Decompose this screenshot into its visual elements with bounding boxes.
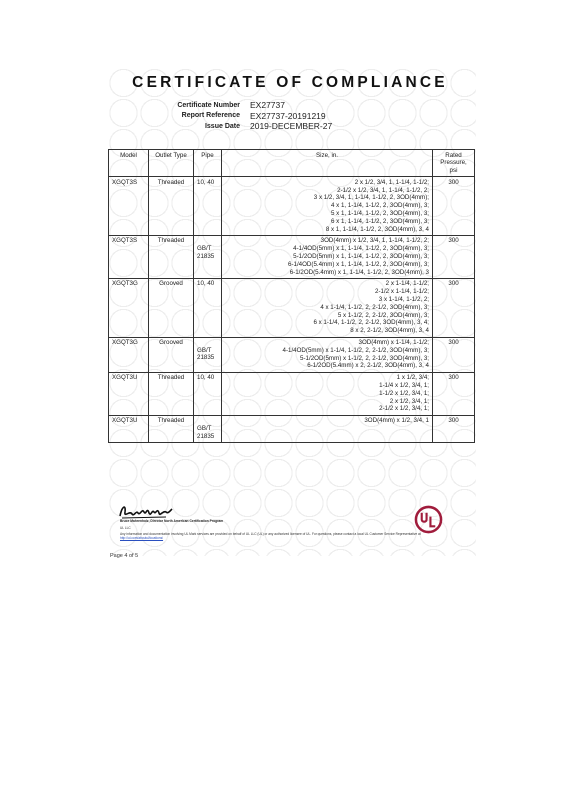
meta-row-certificate-number: Certificate Number EX27737 xyxy=(150,100,450,111)
cell-pipe: 10, 40 xyxy=(194,278,222,337)
size-entry: 5 x 1-1/2, 2, 2-1/2, 3OD(4mm), 3; xyxy=(225,312,429,320)
cell-outlet-type: Grooved xyxy=(149,337,194,372)
meta-label: Issue Date xyxy=(150,123,250,130)
meta-label: Certificate Number xyxy=(150,102,250,109)
table-row: XGQT3UThreadedGB/T218353OD(4mm) x 1/2, 3… xyxy=(109,415,475,442)
size-entry: 8 x 1, 1-1/4, 1-1/2, 2, 3OD(4mm), 3, 4 xyxy=(225,226,429,234)
disclaimer-text: Any information and documentation involv… xyxy=(120,532,440,540)
cell-model: XGQT3U xyxy=(109,372,149,415)
cell-pipe: GB/T21835 xyxy=(194,337,222,372)
cell-model: XGQT3G xyxy=(109,337,149,372)
header-rated-pressure: Rated Pressure, psi xyxy=(433,150,475,177)
header-pipe: Pipe xyxy=(194,150,222,177)
cell-model: XGQT3U xyxy=(109,415,149,442)
table-header-row: Model Outlet Type Pipe Size, in. Rated P… xyxy=(109,150,475,177)
certificate-page: CERTIFICATE OF COMPLIANCE Certificate Nu… xyxy=(0,0,580,800)
page-number: Page 4 of 5 xyxy=(110,553,138,559)
meta-value: EX27737 xyxy=(250,100,285,110)
size-entry: 4 x 1, 1-1/4, 1-1/2, 2, 3OD(4mm), 3; xyxy=(225,202,429,210)
size-entry: 6-1/4OD(5.4mm) x 1, 1-1/4, 1-1/2, 2, 3OD… xyxy=(225,261,429,269)
header-model: Model xyxy=(109,150,149,177)
meta-value: 2019-DECEMBER-27 xyxy=(250,121,332,131)
size-entry: 3 x 1-1/4, 1-1/2, 2; xyxy=(225,296,429,304)
size-entry: 4 x 1-1/4, 1-1/2, 2, 2-1/2, 3OD(4mm), 3; xyxy=(225,304,429,312)
size-entry: 1-1/2 x 1/2, 3/4, 1; xyxy=(225,390,429,398)
size-entry: 2-1/2 x 1/2, 3/4, 1, 1-1/4, 1-1/2, 2; xyxy=(225,187,429,195)
table-row: XGQT3SThreaded10, 402 x 1/2, 3/4, 1, 1-1… xyxy=(109,177,475,236)
table-row: XGQT3GGrooved10, 402 x 1-1/4, 1-1/2;2-1/… xyxy=(109,278,475,337)
cell-size: 3OD(4mm) x 1-1/4, 1-1/2;4-1/4OD(5mm) x 1… xyxy=(222,337,433,372)
size-entry: 5-1/2OD(5mm) x 1-1/2, 2, 2-1/2, 3OD(4mm)… xyxy=(225,355,429,363)
cell-size: 3OD(4mm) x 1/2, 3/4, 1 xyxy=(222,415,433,442)
size-entry: 1 x 1/2, 3/4; xyxy=(225,374,429,382)
signer-name: Bruce Mahrenholz, Director North America… xyxy=(120,519,223,523)
cell-rated-pressure: 300 xyxy=(433,177,475,236)
header-outlet-type: Outlet Type xyxy=(149,150,194,177)
table-body: XGQT3SThreaded10, 402 x 1/2, 3/4, 1, 1-1… xyxy=(109,177,475,442)
size-entry: 6-1/2OD(5.4mm) x 1, 1-1/4, 1-1/2, 2, 3OD… xyxy=(225,269,429,277)
cell-outlet-type: Threaded xyxy=(149,235,194,278)
size-entry: 6-1/2OD(5.4mm) x 2, 2-1/2, 3OD(4mm), 3, … xyxy=(225,362,429,370)
cell-rated-pressure: 300 xyxy=(433,372,475,415)
certificate-meta: Certificate Number EX27737 Report Refere… xyxy=(150,100,450,132)
cell-size: 3OD(4mm) x 1/2, 3/4, 1, 1-1/4, 1-1/2, 2;… xyxy=(222,235,433,278)
cell-outlet-type: Threaded xyxy=(149,177,194,236)
size-entry: 2-1/2 x 1-1/4, 1-1/2; xyxy=(225,288,429,296)
size-entry: 2 x 1-1/4, 1-1/2; xyxy=(225,280,429,288)
cell-pipe: 10, 40 xyxy=(194,177,222,236)
table-row: XGQT3GGroovedGB/T218353OD(4mm) x 1-1/4, … xyxy=(109,337,475,372)
cell-rated-pressure: 300 xyxy=(433,235,475,278)
size-entry: 8 x 2, 2-1/2, 3OD(4mm), 3, 4 xyxy=(225,327,429,335)
size-entry: 4-1/4OD(5mm) x 1-1/4, 1-1/2, 2, 2-1/2, 3… xyxy=(225,347,429,355)
ul-logo-icon xyxy=(414,505,443,534)
size-entry: 1-1/4 x 1/2, 3/4, 1; xyxy=(225,382,429,390)
meta-value: EX27737-20191219 xyxy=(250,111,326,121)
cell-outlet-type: Threaded xyxy=(149,415,194,442)
size-entry: 3 x 1/2, 3/4, 1, 1-1/4, 1-1/2, 2, 3OD(4m… xyxy=(225,194,429,202)
locations-link[interactable]: http://ul.com/aboutul/locations/ xyxy=(120,536,163,540)
cell-pipe: GB/T21835 xyxy=(194,415,222,442)
cell-pipe: GB/T21835 xyxy=(194,235,222,278)
size-entry: 6 x 1, 1-1/4, 1-1/2, 2, 3OD(4mm), 3; xyxy=(225,218,429,226)
cell-outlet-type: Grooved xyxy=(149,278,194,337)
cell-model: XGQT3S xyxy=(109,235,149,278)
compliance-table: Model Outlet Type Pipe Size, in. Rated P… xyxy=(108,149,475,443)
size-entry: 3OD(4mm) x 1/2, 3/4, 1, 1-1/4, 1-1/2, 2; xyxy=(225,237,429,245)
cell-outlet-type: Threaded xyxy=(149,372,194,415)
size-entry: 5-1/2OD(5mm) x 1, 1-1/4, 1-1/2, 2, 3OD(4… xyxy=(225,253,429,261)
cell-rated-pressure: 300 xyxy=(433,278,475,337)
size-entry: 3OD(4mm) x 1-1/4, 1-1/2; xyxy=(225,339,429,347)
table-row: XGQT3SThreadedGB/T218353OD(4mm) x 1/2, 3… xyxy=(109,235,475,278)
meta-row-issue-date: Issue Date 2019-DECEMBER-27 xyxy=(150,121,450,132)
header-size: Size, in. xyxy=(222,150,433,177)
cell-rated-pressure: 300 xyxy=(433,337,475,372)
size-entry: 2-1/2 x 1/2, 3/4, 1; xyxy=(225,405,429,413)
cell-model: XGQT3S xyxy=(109,177,149,236)
company-name: UL LLC xyxy=(120,526,131,530)
size-entry: 5 x 1, 1-1/4, 1-1/2, 2, 3OD(4mm), 3; xyxy=(225,210,429,218)
size-entry: 2 x 1/2, 3/4, 1; xyxy=(225,398,429,406)
size-entry: 6 x 1-1/4, 1-1/2, 2, 2-1/2, 3OD(4mm), 3,… xyxy=(225,319,429,327)
document-title: CERTIFICATE OF COMPLIANCE xyxy=(0,74,580,92)
size-entry: 4-1/4OD(5mm) x 1, 1-1/4, 1-1/2, 2, 3OD(4… xyxy=(225,245,429,253)
cell-model: XGQT3G xyxy=(109,278,149,337)
table-row: XGQT3UThreaded10, 401 x 1/2, 3/4;1-1/4 x… xyxy=(109,372,475,415)
cell-size: 1 x 1/2, 3/4;1-1/4 x 1/2, 3/4, 1;1-1/2 x… xyxy=(222,372,433,415)
meta-label: Report Reference xyxy=(150,112,250,119)
meta-row-report-reference: Report Reference EX27737-20191219 xyxy=(150,111,450,122)
cell-rated-pressure: 300 xyxy=(433,415,475,442)
size-entry: 2 x 1/2, 3/4, 1, 1-1/4, 1-1/2; xyxy=(225,179,429,187)
size-entry: 3OD(4mm) x 1/2, 3/4, 1 xyxy=(225,417,429,425)
cell-size: 2 x 1-1/4, 1-1/2;2-1/2 x 1-1/4, 1-1/2;3 … xyxy=(222,278,433,337)
cell-size: 2 x 1/2, 3/4, 1, 1-1/4, 1-1/2;2-1/2 x 1/… xyxy=(222,177,433,236)
cell-pipe: 10, 40 xyxy=(194,372,222,415)
